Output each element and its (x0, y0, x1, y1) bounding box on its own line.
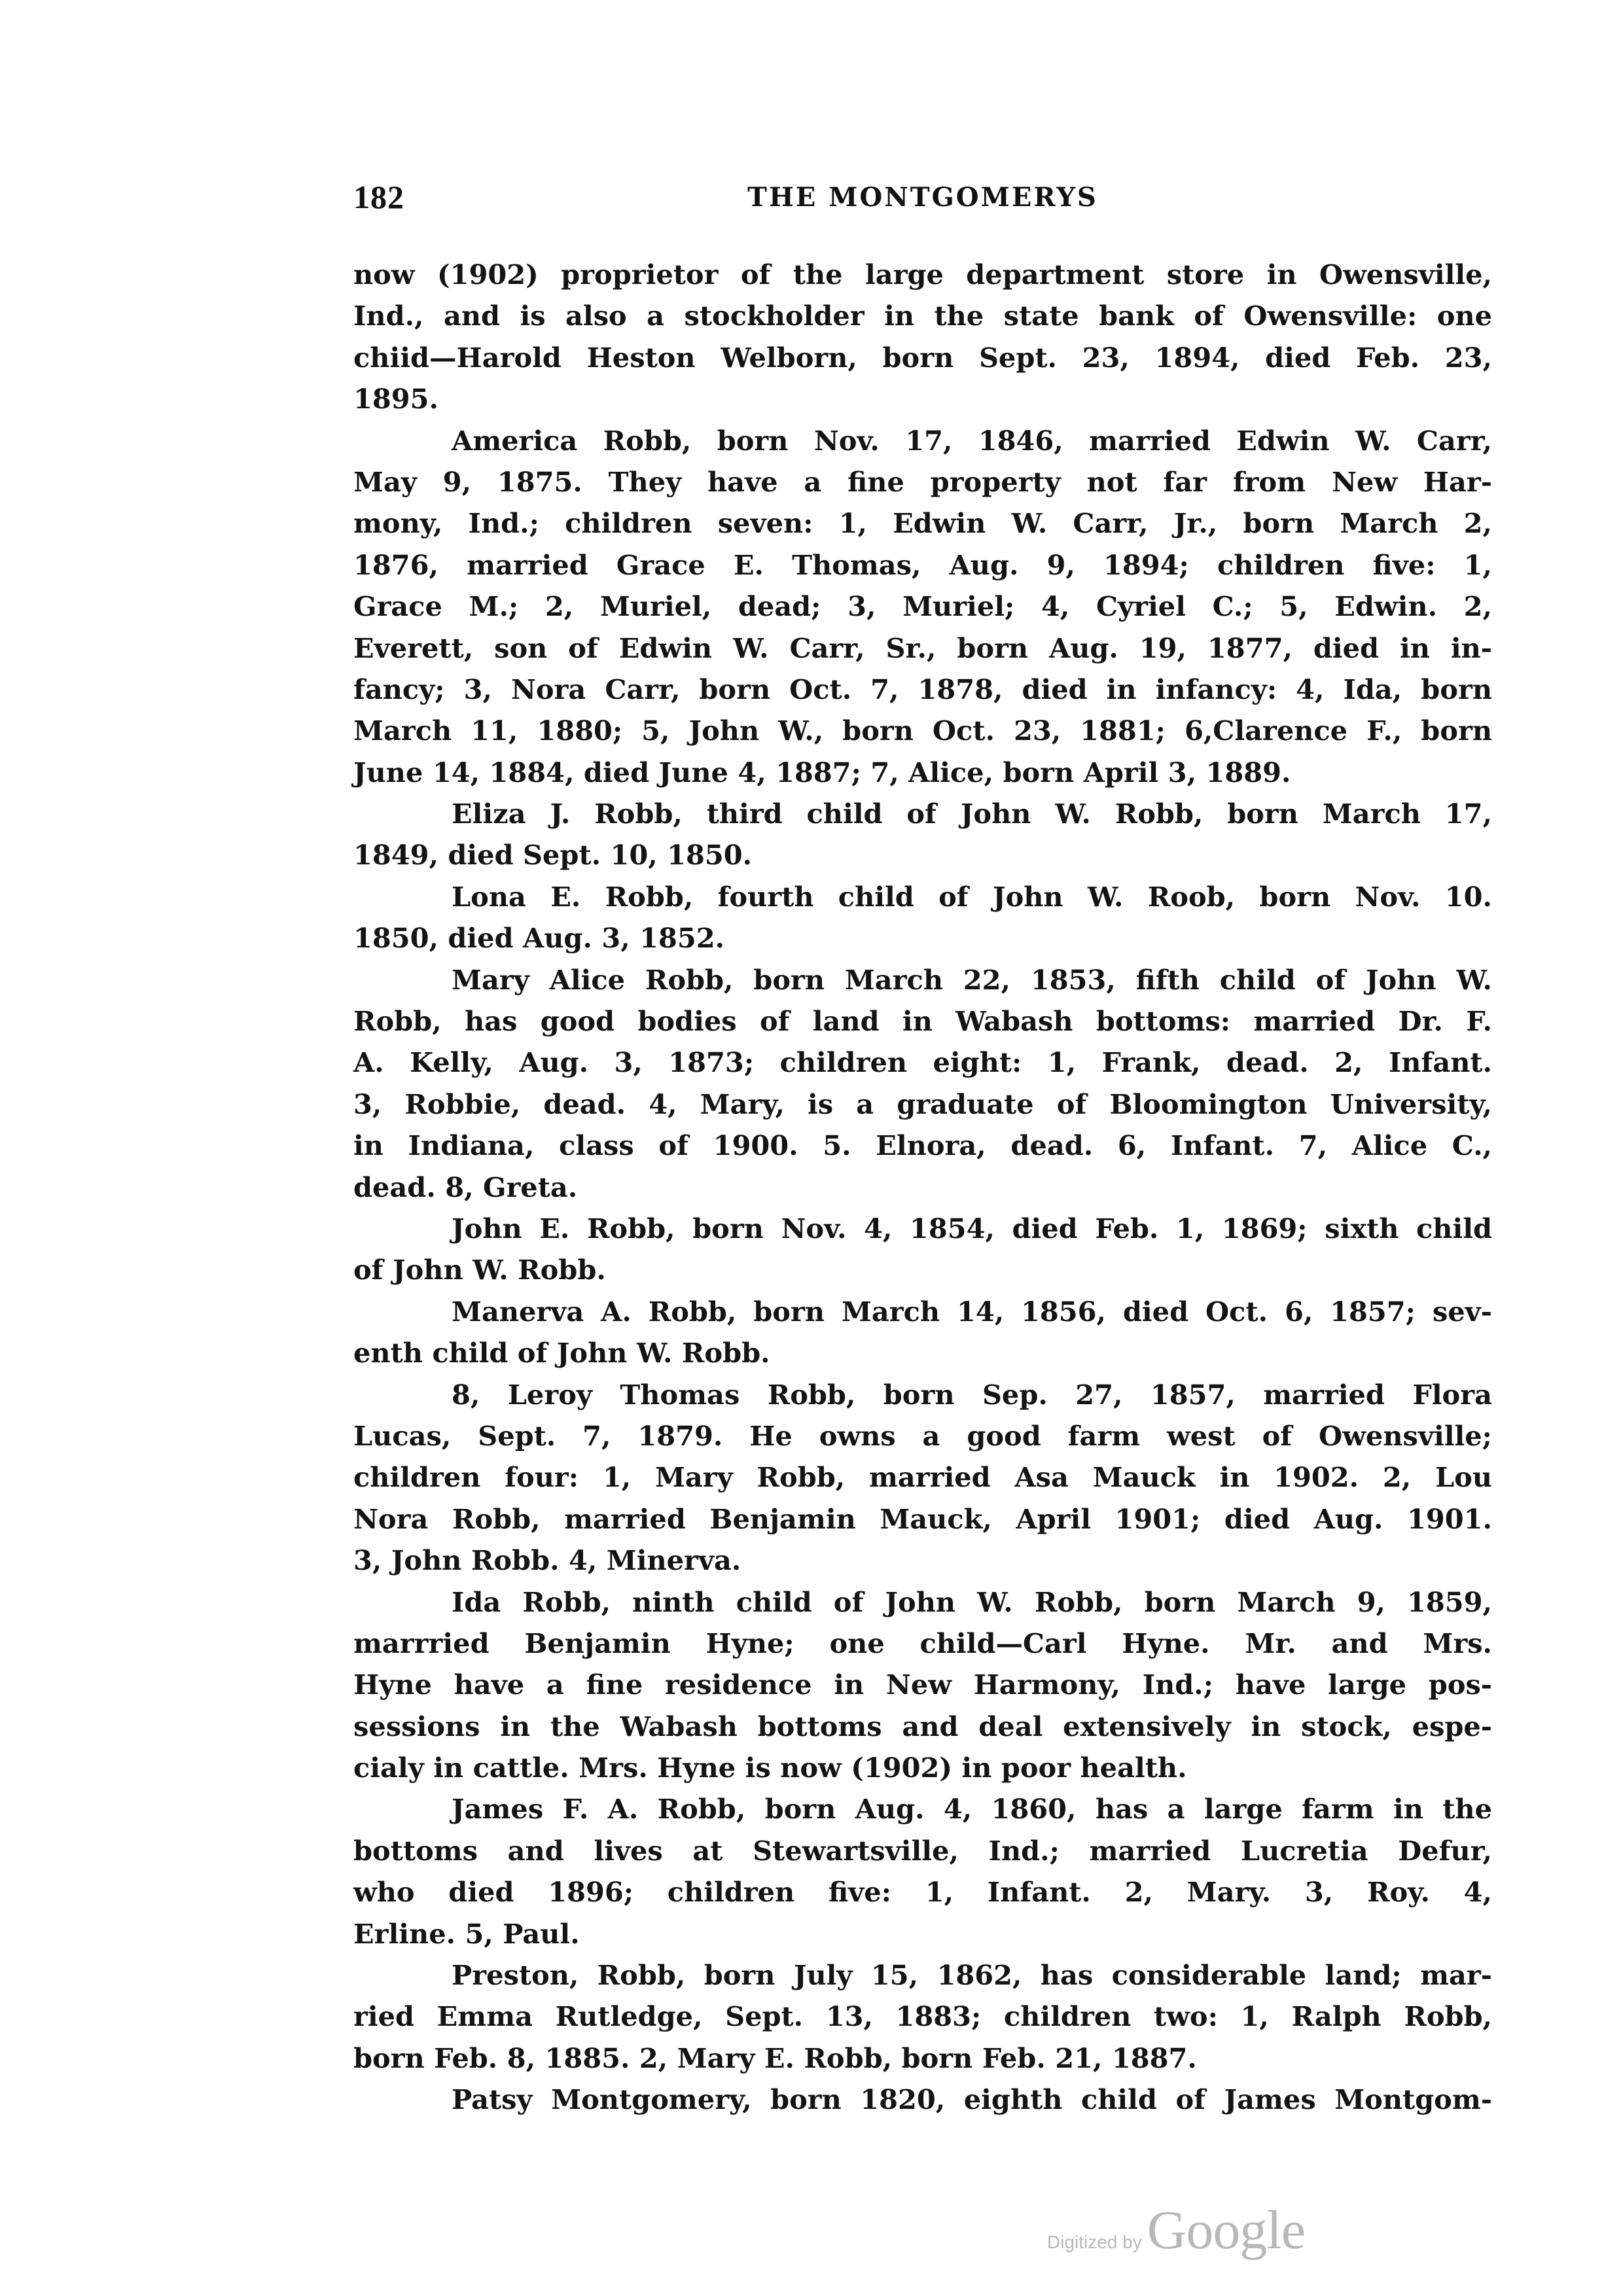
text-line: ried Emma Rutledge, Sept. 13, 1883; chil… (353, 1996, 1492, 2037)
text-line: fancy; 3, Nora Carr, born Oct. 7, 1878, … (353, 669, 1492, 710)
text-line: Erline. 5, Paul. (353, 1913, 1492, 1954)
text-line: cialy in cattle. Mrs. Hyne is now (1902)… (353, 1747, 1492, 1788)
text-line: in Indiana, class of 1900. 5. Elnora, de… (353, 1125, 1492, 1166)
running-title: THE MONTGOMERYS (353, 182, 1492, 213)
text-line: 1850, died Aug. 3, 1852. (353, 917, 1492, 959)
text-line: 3, John Robb. 4, Minerva. (353, 1540, 1492, 1581)
text-line: Everett, son of Edwin W. Carr, Sr., born… (353, 627, 1492, 669)
text-line: enth child of John W. Robb. (353, 1332, 1492, 1373)
text-line: of John W. Robb. (353, 1249, 1492, 1290)
paragraph-first-line: Eliza J. Robb, third child of John W. Ro… (353, 793, 1492, 834)
text-line: 1849, died Sept. 10, 1850. (353, 834, 1492, 875)
paragraph-first-line: America Robb, born Nov. 17, 1846, marrie… (353, 420, 1492, 461)
scanned-book-page: 182 THE MONTGOMERYS now (1902) proprieto… (0, 0, 1623, 2296)
text-line: now (1902) proprietor of the large depar… (353, 254, 1492, 295)
text-line: 1876, married Grace E. Thomas, Aug. 9, 1… (353, 544, 1492, 586)
digitized-by-google-watermark: Digitized by Google (1047, 2199, 1305, 2270)
paragraph-first-line: Mary Alice Robb, born March 22, 1853, fi… (353, 959, 1492, 1000)
paragraph-first-line: Lona E. Robb, fourth child of John W. Ro… (353, 876, 1492, 917)
text-line: Grace M.; 2, Muriel, dead; 3, Muriel; 4,… (353, 586, 1492, 627)
text-line: June 14, 1884, died June 4, 1887; 7, Ali… (353, 752, 1492, 793)
watermark-prefix: Digitized by (1047, 2232, 1142, 2252)
google-logo-icon: Google (1147, 2200, 1305, 2261)
text-line: Robb, has good bodies of land in Wabash … (353, 1000, 1492, 1042)
text-line: Ind., and is also a stockholder in the s… (353, 295, 1492, 336)
text-line: A. Kelly, Aug. 3, 1873; children eight: … (353, 1042, 1492, 1083)
text-line: May 9, 1875. They have a fine property n… (353, 461, 1492, 503)
text-line: dead. 8, Greta. (353, 1167, 1492, 1208)
text-line: marrried Benjamin Hyne; one child—Carl H… (353, 1623, 1492, 1664)
paragraph-first-line: Ida Robb, ninth child of John W. Robb, b… (353, 1581, 1492, 1623)
text-line: bottoms and lives at Stewartsville, Ind.… (353, 1830, 1492, 1871)
paragraph-first-line: 8, Leroy Thomas Robb, born Sep. 27, 1857… (353, 1374, 1492, 1415)
paragraph-first-line: James F. A. Robb, born Aug. 4, 1860, has… (353, 1788, 1492, 1829)
paragraph-first-line: John E. Robb, born Nov. 4, 1854, died Fe… (353, 1208, 1492, 1249)
running-head: 182 THE MONTGOMERYS (353, 178, 1492, 224)
text-line: Hyne have a fine residence in New Harmon… (353, 1664, 1492, 1705)
text-line: March 11, 1880; 5, John W., born Oct. 23… (353, 710, 1492, 751)
text-line: 3, Robbie, dead. 4, Mary, is a graduate … (353, 1084, 1492, 1125)
text-line: 1895. (353, 378, 1492, 419)
text-line: children four: 1, Mary Robb, married Asa… (353, 1457, 1492, 1498)
text-line: who died 1896; children five: 1, Infant.… (353, 1871, 1492, 1913)
body-text: now (1902) proprietor of the large depar… (353, 254, 1492, 2121)
text-line: mony, Ind.; children seven: 1, Edwin W. … (353, 503, 1492, 544)
paragraph-first-line: Patsy Montgomery, born 1820, eighth chil… (353, 2079, 1492, 2120)
paragraph-first-line: Preston, Robb, born July 15, 1862, has c… (353, 1954, 1492, 1996)
text-line: chiid—Harold Heston Welborn, born Sept. … (353, 337, 1492, 378)
text-line: sessions in the Wabash bottoms and deal … (353, 1706, 1492, 1747)
text-line: Nora Robb, married Benjamin Mauck, April… (353, 1498, 1492, 1540)
paragraph-first-line: Manerva A. Robb, born March 14, 1856, di… (353, 1291, 1492, 1332)
text-line: born Feb. 8, 1885. 2, Mary E. Robb, born… (353, 2038, 1492, 2079)
text-line: Lucas, Sept. 7, 1879. He owns a good far… (353, 1415, 1492, 1457)
